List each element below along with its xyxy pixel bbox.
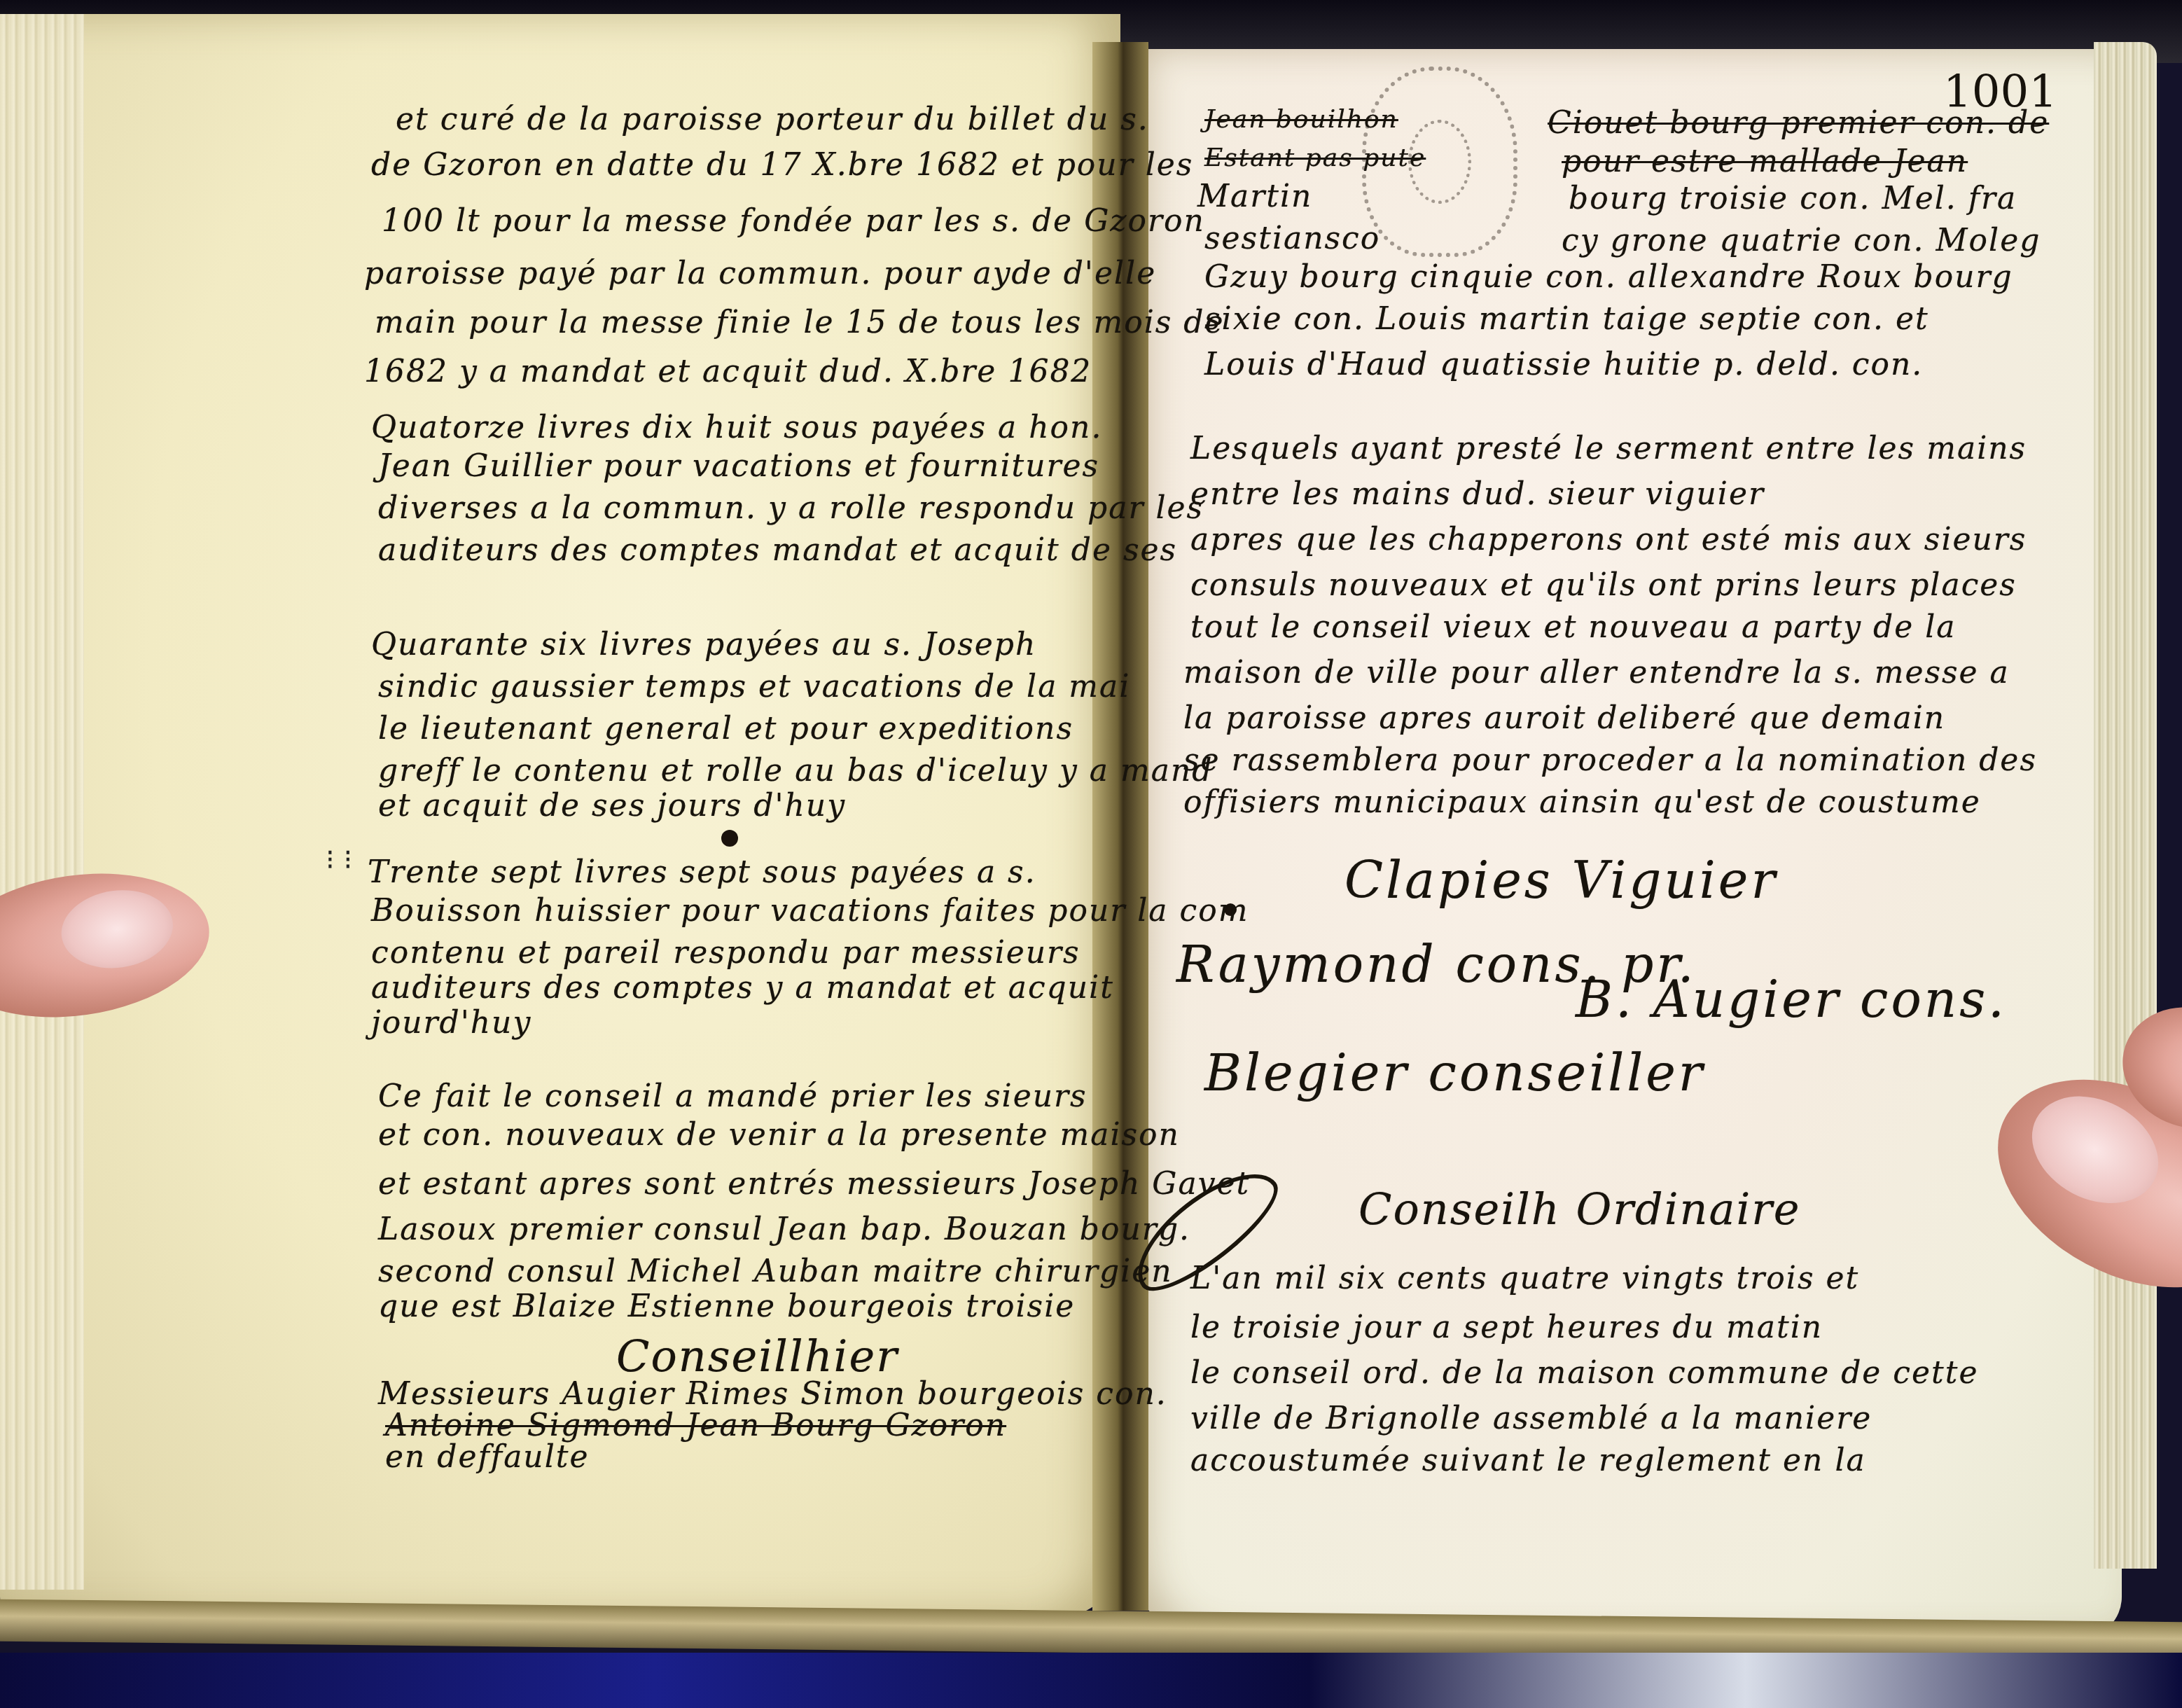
text-line: pour estre mallade Jean — [1562, 144, 1968, 179]
signature: Clapies Viguier — [1344, 851, 1778, 910]
text-line: contenu et pareil respondu par messieurs — [371, 935, 1080, 971]
text-line: de Gzoron en datte du 17 X.bre 1682 et p… — [371, 147, 1193, 183]
text-line: accoustumée suivant le reglement en la — [1190, 1443, 1866, 1478]
text-line: main pour la messe finie le 15 de tous l… — [375, 305, 1224, 340]
text-line: auditeurs des comptes mandat et acquit d… — [378, 532, 1177, 568]
text-line: Ce fait le conseil a mandé prier les sie… — [378, 1078, 1087, 1114]
ink-blot — [721, 830, 738, 847]
text-line: 100 lt pour la messe fondée par les s. d… — [382, 203, 1205, 239]
text-line: auditeurs des comptes y a mandat et acqu… — [371, 970, 1114, 1006]
text-line: Jean Guillier pour vacations et fournitu… — [378, 448, 1099, 484]
text-line: Bouisson huissier pour vacations faites … — [371, 893, 1249, 929]
table-surface — [0, 1653, 2182, 1708]
text-line: tout le conseil vieux et nouveau a party… — [1190, 609, 1957, 645]
text-line: Trente sept livres sept sous payées a s. — [368, 854, 1036, 890]
text-line: la paroisse apres auroit deliberé que de… — [1183, 700, 1945, 736]
manuscript-photo: ⁝ ⁝ 1001 et curé de la paroisse porteur … — [0, 0, 2182, 1708]
margin-dots: ⁝ ⁝ — [326, 844, 352, 876]
signature: B. Augier cons. — [1576, 970, 2007, 1029]
text-line: que est Blaize Estienne bourgeois troisi… — [378, 1289, 1075, 1324]
left-page-edges — [0, 14, 84, 1590]
text-line: jourd'huy — [371, 1005, 531, 1041]
text-line: entre les mains dud. sieur viguier — [1190, 476, 1765, 512]
text-line: second consul Michel Auban maitre chirur… — [378, 1254, 1173, 1289]
right-page-edges — [2094, 42, 2157, 1569]
text-line: sixie con. Louis martin taige septie con… — [1204, 301, 1929, 337]
text-line: diverses a la commun. y a rolle respondu… — [378, 490, 1204, 526]
text-line: Quarante six livres payées au s. Joseph — [371, 627, 1036, 662]
text-line: Estant pas pute — [1204, 144, 1426, 172]
text-line: se rassemblera pour proceder a la nomina… — [1183, 742, 2037, 778]
text-line: en deffaulte — [385, 1439, 590, 1475]
text-line: L'an mil six cents quatre vingts trois e… — [1190, 1261, 1859, 1296]
text-line: et con. nouveaux de venir a la presente … — [378, 1117, 1180, 1153]
text-line: Gzuy bourg cinquie con. allexandre Roux … — [1204, 259, 2013, 295]
text-line: Louis d'Haud quatissie huitie p. deld. c… — [1204, 347, 1923, 382]
left-thumbnail — [56, 883, 178, 975]
section-heading: Conseillhier — [616, 1331, 898, 1382]
text-line: ville de Brignolle assemblé a la maniere — [1190, 1401, 1872, 1436]
text-line: et curé de la paroisse porteur du billet… — [396, 102, 1149, 137]
text-line: greff le contenu et rolle au bas d'icelu… — [378, 753, 1213, 789]
text-line: et acquit de ses jours d'huy — [378, 788, 846, 824]
text-line: et estant apres sont entrés messieurs Jo… — [378, 1166, 1250, 1202]
text-line: bourg troisie con. Mel. fra — [1569, 181, 2017, 216]
text-line: consuls nouveaux et qu'ils ont prins leu… — [1190, 567, 2017, 603]
text-line: le lieutenant general et pour expedition… — [378, 711, 1073, 747]
text-line: Jean bouilhon — [1204, 105, 1398, 134]
text-line: le conseil ord. de la maison commune de … — [1190, 1355, 1978, 1391]
text-line: Lasoux premier consul Jean bap. Bouzan b… — [378, 1211, 1190, 1247]
text-line: Martin — [1197, 179, 1312, 214]
text-line: offisiers municipaux ainsin qu'est de co… — [1183, 784, 1981, 820]
text-line: paroisse payé par la commun. pour ayde d… — [364, 256, 1156, 291]
section-heading: Conseilh Ordinaire — [1358, 1183, 1801, 1235]
signature: Blegier conseiller — [1204, 1043, 1705, 1102]
text-line: Quatorze livres dix huit sous payées a h… — [371, 410, 1102, 445]
text-line: le troisie jour a sept heures du matin — [1190, 1310, 1823, 1345]
text-line: maison de ville pour aller entendre la s… — [1183, 655, 2010, 690]
text-line: Messieurs Augier Rimes Simon bourgeois c… — [378, 1376, 1167, 1412]
text-line: 1682 y a mandat et acquit dud. X.bre 168… — [364, 354, 1092, 389]
text-line: Antoine Sigmond Jean Bourg Gzoron — [385, 1408, 1006, 1443]
text-line: apres que les chapperons ont esté mis au… — [1190, 522, 2027, 557]
text-line: Lesquels ayant presté le serment entre l… — [1190, 431, 2027, 466]
text-line: sestiansco — [1204, 221, 1380, 256]
text-line: Ciouet bourg premier con. de — [1548, 105, 2049, 141]
text-line: sindic gaussier temps et vacations de la… — [378, 669, 1130, 704]
text-line: cy grone quatrie con. Moleg — [1562, 223, 2041, 258]
